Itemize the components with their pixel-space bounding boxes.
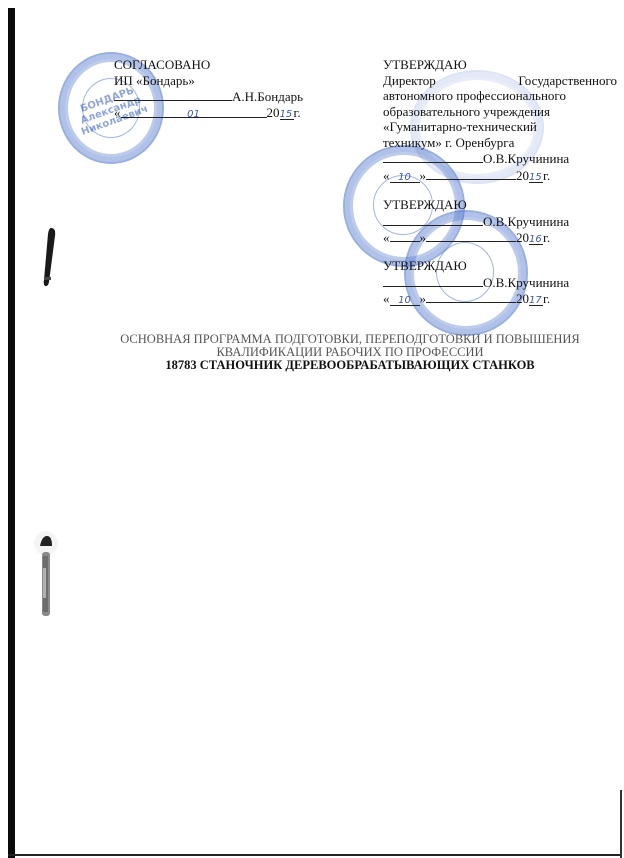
agreed-heading: СОГЛАСОВАНО [114, 57, 334, 73]
page-right-edge [620, 790, 622, 858]
agreed-block: СОГЛАСОВАНО ИП «Бондарь» А.Н.Бондарь « 0… [114, 57, 334, 120]
folder-binding-edge [8, 8, 15, 858]
day-blank [390, 229, 420, 242]
position-line-1: Директор Государственного [383, 73, 617, 89]
binder-clip-top-icon [43, 226, 57, 288]
approved-block-2: УТВЕРЖДАЮ О.В.Кручинина « » 20 16 г. [383, 197, 617, 246]
approved-block-3: УТВЕРЖДАЮ О.В.Кручинина « 10 » 20 17 г. [383, 258, 617, 307]
approved-date-line-2: « » 20 16 г. [383, 229, 617, 246]
signature-blank [383, 150, 483, 163]
hand-month: 01 [187, 109, 200, 120]
hand-day: 10 [390, 293, 420, 306]
approved-heading: УТВЕРЖДАЮ [383, 57, 617, 73]
hand-year: 15 [529, 170, 543, 183]
page-bottom-edge [8, 854, 620, 856]
binder-clip-bottom-icon [32, 528, 62, 620]
approved-heading: УТВЕРЖДАЮ [383, 258, 617, 274]
hand-year: 16 [529, 232, 543, 245]
signature-blank [383, 213, 483, 226]
agreed-signatory: А.Н.Бондарь [232, 89, 303, 105]
agreed-signature-line: А.Н.Бондарь [114, 88, 334, 105]
approved-signatory: О.В.Кручинина [483, 214, 569, 230]
approved-block-1: УТВЕРЖДАЮ Директор Государственного авто… [383, 57, 617, 183]
approved-signature-line-1: О.В.Кручинина [383, 150, 617, 167]
approved-signatory: О.В.Кручинина [483, 151, 569, 167]
approved-signature-line-2: О.В.Кручинина [383, 213, 617, 230]
month-blank [426, 229, 516, 242]
hand-year: 15 [280, 107, 294, 120]
hand-day: 10 [390, 170, 420, 183]
agreed-date-line: « 01 20 15 г. [114, 105, 334, 121]
approved-heading: УТВЕРЖДАЮ [383, 197, 617, 213]
signature-blank [114, 88, 232, 101]
agreed-organization: ИП «Бондарь» [114, 73, 334, 89]
program-title: ОСНОВНАЯ ПРОГРАММА ПОДГОТОВКИ, ПЕРЕПОДГО… [100, 333, 600, 372]
position-line-2: автономного профессионального [383, 88, 617, 104]
scanned-document-page: БОНДАРЬ Александр Николаевич СОГЛАСОВАНО… [0, 0, 624, 858]
approved-signature-line-3: О.В.Кручинина [383, 274, 617, 291]
position-line-4: «Гуманитарно-технический [383, 119, 617, 135]
position-line-3: образовательного учреждения [383, 104, 617, 120]
position-line-5: техникум» г. Оренбурга [383, 135, 617, 151]
signature-blank [383, 274, 483, 287]
month-blank [426, 167, 516, 180]
approved-signatory: О.В.Кручинина [483, 275, 569, 291]
month-blank [426, 290, 516, 303]
approved-date-line-3: « 10 » 20 17 г. [383, 290, 617, 307]
hand-year: 17 [529, 293, 543, 306]
title-line-3-profession: 18783 СТАНОЧНИК ДЕРЕВООБРАБАТЫВАЮЩИХ СТА… [100, 359, 600, 372]
date-blank: 01 [121, 105, 267, 118]
approved-date-line-1: « 10 » 20 15 г. [383, 167, 617, 184]
